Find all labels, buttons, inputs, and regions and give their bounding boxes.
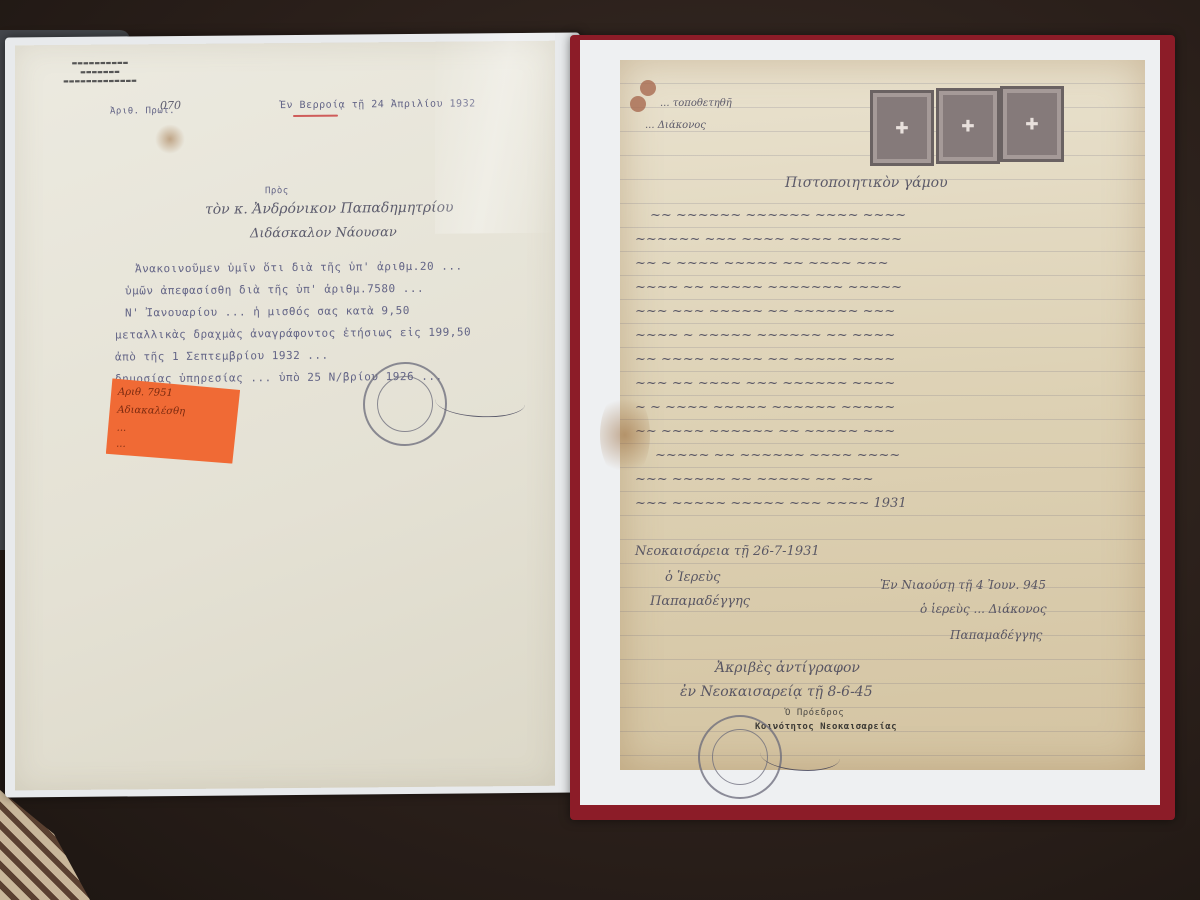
right-plastic-sleeve: ... τοποθετηθῆ ... Διάκονος Πιστοποιητικ… [580,40,1160,805]
left-plastic-sleeve: ▬▬▬▬▬▬▬▬▬▬▬▬▬▬▬▬▬▬▬▬▬▬▬▬▬▬▬▬▬▬ Ἀριθ. Πρω… [5,32,580,797]
handwritten-line: ~ ~ ~~~~ ~~~~~ ~~~~~~ ~~~~~ [635,400,895,415]
certification-line: Ἀκριβὲς ἀντίγραφον [715,660,860,676]
handwritten-line: ~~~ ~~~~~ ~~~~~ ~~~ ~~~~ 1931 [635,496,907,511]
certification-date: ἐν Νεοκαισαρείᾳ τῇ 8-6-45 [680,684,873,700]
document-folder: ▬▬▬▬▬▬▬▬▬▬▬▬▬▬▬▬▬▬▬▬▬▬▬▬▬▬▬▬▬▬ Ἀριθ. Πρω… [5,20,1175,820]
body-line: Ἀνακοινοῦμεν ὑμῖν ὅτι διὰ τῆς ὑπ' ἀριθμ.… [135,260,463,276]
letterhead: ▬▬▬▬▬▬▬▬▬▬▬▬▬▬▬▬▬▬▬▬▬▬▬▬▬▬▬▬▬▬ [35,58,165,86]
revenue-stamp [870,90,934,166]
note-line: ... Διάκονος [645,120,706,131]
handwritten-line: ~~ ~~~~ ~~~~~~ ~~ ~~~~~ ~~~ [635,424,895,439]
label-line: Αδιακαλέσθη [117,405,185,418]
revenue-stamp [1000,86,1064,162]
red-underline [293,115,338,117]
recipient-title: Διδάσκαλον Νάουσαν [250,225,397,241]
handwritten-line: ~~~ ~~~~~ ~~ ~~~~~ ~~ ~~~ [635,472,874,487]
certification-office: Κοινότητος Νεοκαισαρείας [755,722,897,732]
left-signature-name: Παπαμαδέγγης [650,594,750,609]
ref-number: 070 [160,99,181,112]
right-signature-name: Παπαμαδέγγης [950,628,1042,642]
handwritten-line: ~~~ ~~ ~~~~ ~~~ ~~~~~~ ~~~~ [635,376,895,391]
handwritten-line: ~~ ~~~~ ~~~~~ ~~ ~~~~~ ~~~~ [635,352,895,367]
revenue-stamp [936,88,1000,164]
recipient-prefix: Πρὸς [265,186,289,196]
recipient-name: τὸν κ. Ἀνδρόνικον Παπαδημητρίου [205,200,454,218]
label-line: ... [116,439,126,450]
right-signature-title: ὁ ἱερεὺς ... Διάκονος [920,602,1047,616]
body-line: ὑμῶν ἀπεφασίσθη διὰ τῆς ὑπ' ἀριθμ.7580 .… [125,282,424,298]
official-round-stamp [363,362,447,447]
wax-seal [630,96,646,112]
place-date: Νεοκαισάρεια τῇ 26-7-1931 [635,544,820,559]
handwritten-line: ~~~~~~ ~~~ ~~~~ ~~~~ ~~~~~~ [635,232,902,247]
note-line: ... τοποθετηθῆ [660,98,732,109]
wax-seal [640,80,656,96]
right-signature-date: Ἐν Νιαούσῃ τῇ 4 Ἰουν. 945 [880,578,1046,592]
handwritten-line: ~~ ~ ~~~~ ~~~~~ ~~ ~~~~ ~~~ [635,256,889,271]
body-line: μεταλλικὰς δραχμὰς ἀναγράφοντος ἐτήσιως … [115,325,471,341]
certification-role: Ὁ Πρόεδρος [785,708,844,718]
stain [155,124,185,154]
handwritten-line: ~~~~~ ~~ ~~~~~~ ~~~~ ~~~~ [655,448,900,463]
handwritten-line: ~~ ~~~~~~ ~~~~~~ ~~~~ ~~~~ [650,208,906,223]
signature [435,386,525,418]
body-line: ἀπὸ τῆς 1 Σεπτεμβρίου 1932 ... [115,349,329,364]
date-line: Ἐν Βερροίᾳ τῇ 24 Ἀπριλίου 1932 [280,98,476,111]
left-document: ▬▬▬▬▬▬▬▬▬▬▬▬▬▬▬▬▬▬▬▬▬▬▬▬▬▬▬▬▬▬ Ἀριθ. Πρω… [15,41,555,791]
right-folder-cover: ... τοποθετηθῆ ... Διάκονος Πιστοποιητικ… [570,35,1175,820]
orange-label: Αριθ. 7951 Αδιακαλέσθη ... ... [106,378,241,463]
handwritten-line: ~~~~ ~~ ~~~~~ ~~~~~~~ ~~~~~ [635,280,902,295]
document-heading: Πιστοποιητικὸν γάμου [785,175,948,191]
label-line: ... [117,423,127,434]
right-document: ... τοποθετηθῆ ... Διάκονος Πιστοποιητικ… [620,60,1145,770]
handwritten-line: ~~~ ~~~ ~~~~~ ~~ ~~~~~~ ~~~ [635,304,895,319]
ruled-lines [620,60,1145,770]
left-signature-title: ὁ Ἱερεὺς [665,570,720,585]
handwritten-line: ~~~~ ~ ~~~~~ ~~~~~~ ~~ ~~~~ [635,328,895,343]
body-line: Ν' Ἰανουαρίου ... ἡ μισθός σας κατὰ 9,50 [125,304,410,319]
stain [600,390,650,480]
label-line: Αριθ. 7951 [118,387,173,399]
